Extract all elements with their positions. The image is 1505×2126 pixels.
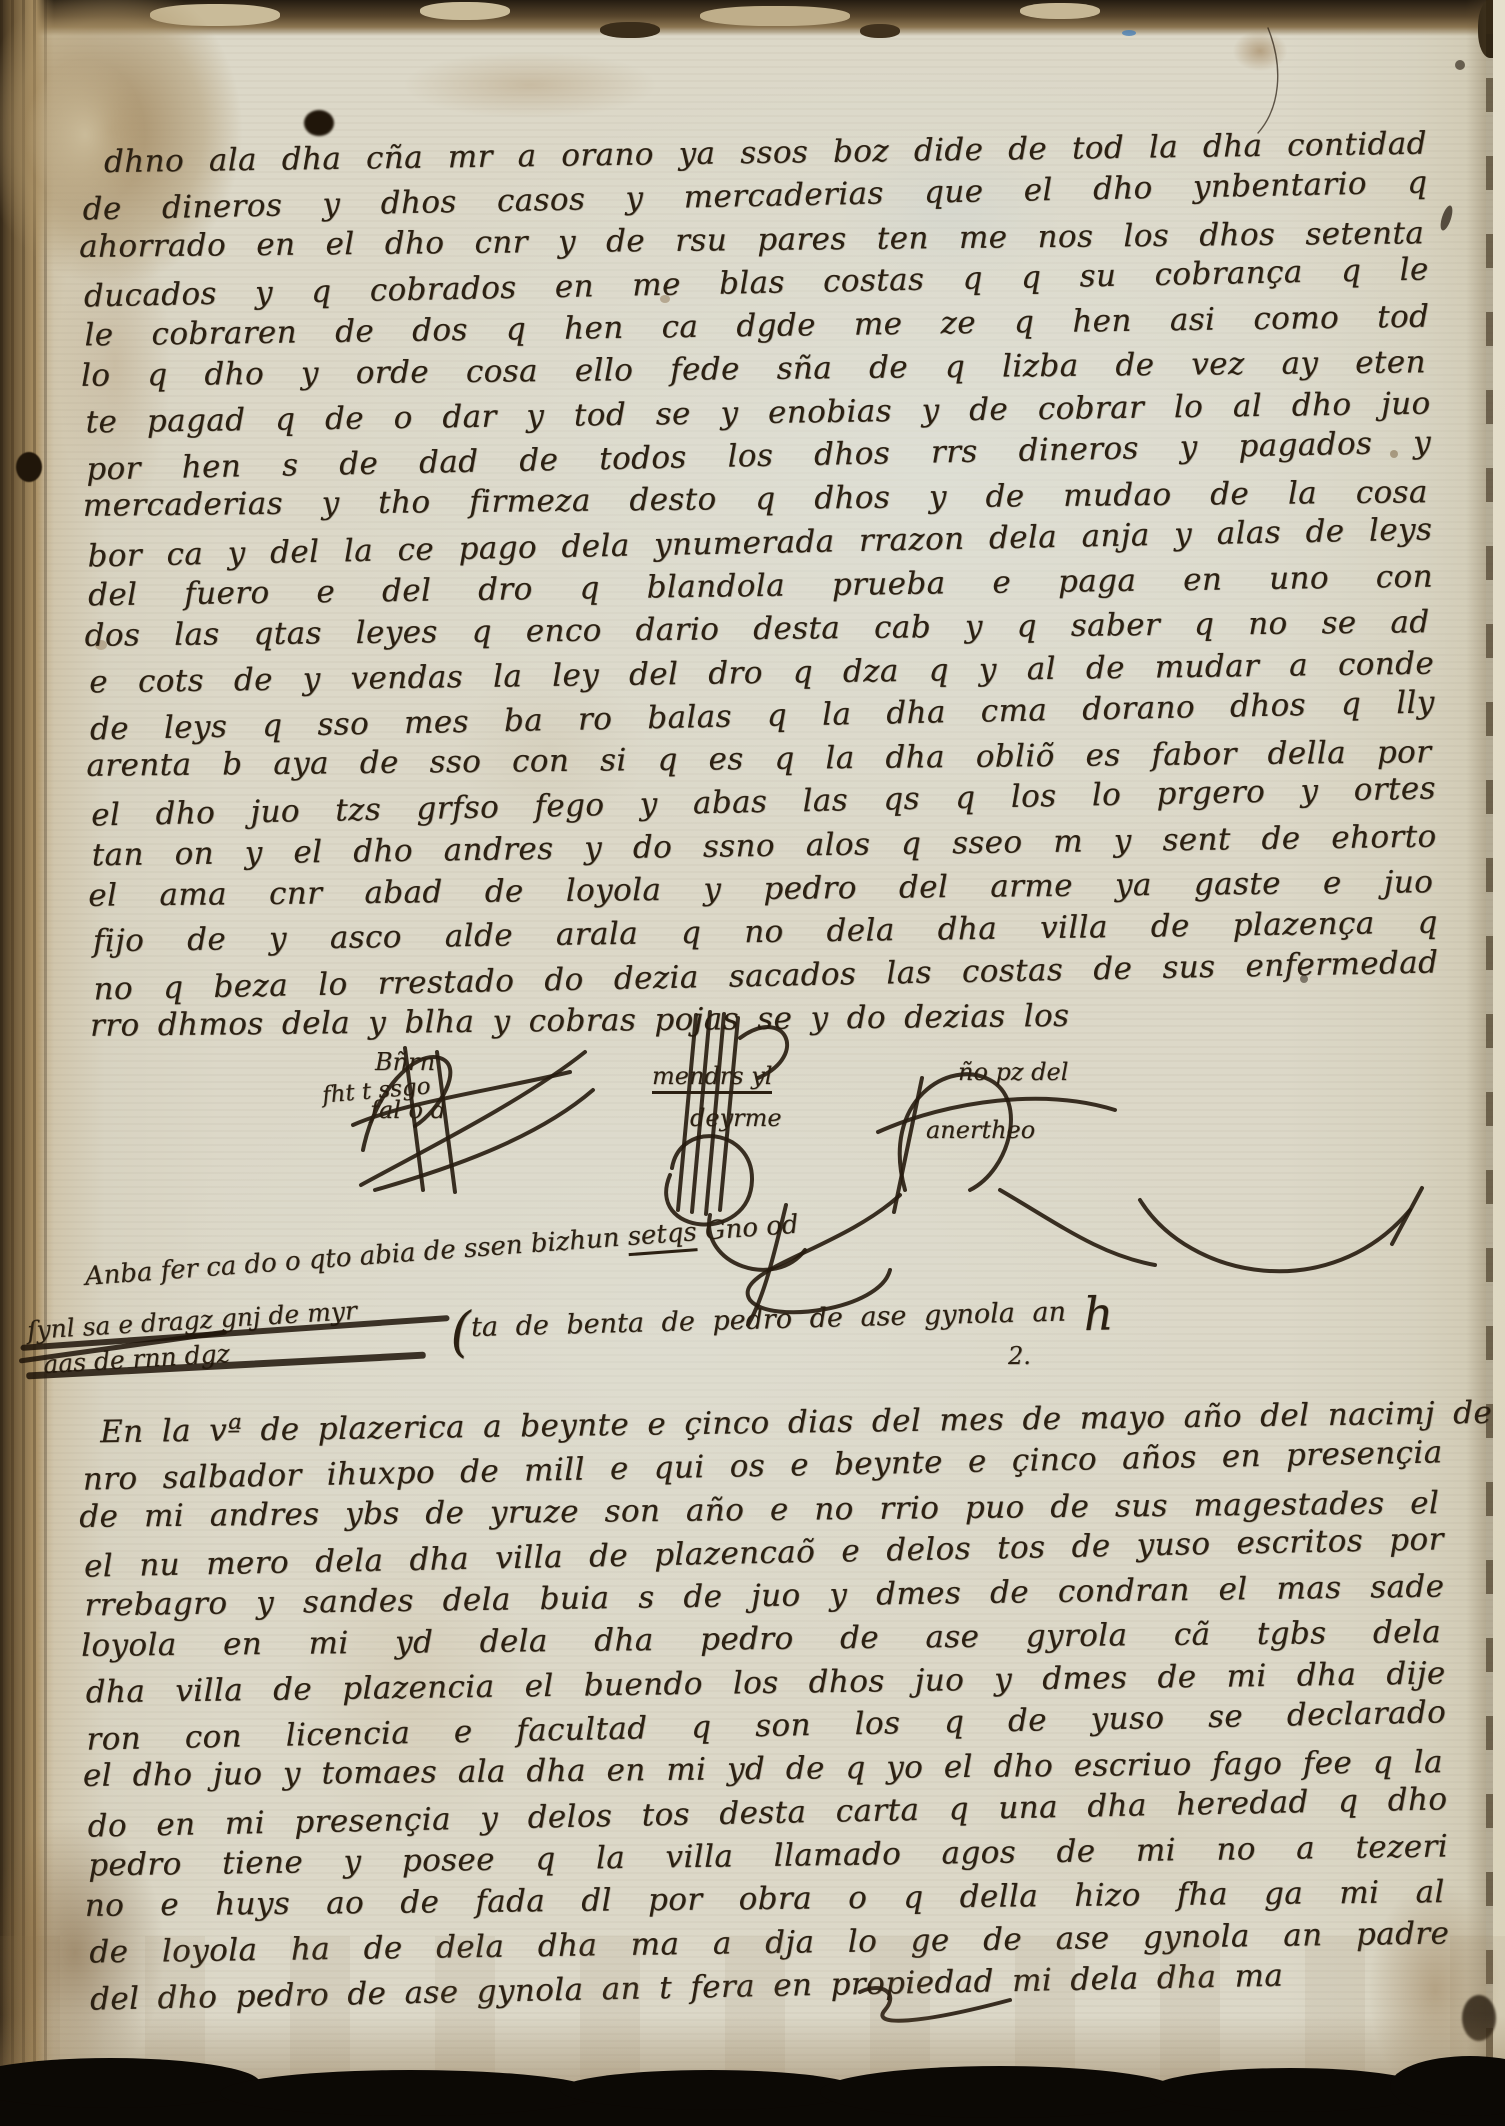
signature-name: ño pz del xyxy=(958,1058,1068,1086)
tear-fragment xyxy=(420,2,510,20)
ink-blot xyxy=(304,110,334,136)
heading-tail-flourish: h xyxy=(1083,1286,1114,1341)
hairline-stroke xyxy=(1240,28,1300,138)
blue-speck xyxy=(1122,30,1136,36)
bottom-edge-wave xyxy=(820,2066,1180,2118)
tear-notch xyxy=(600,22,660,38)
bottom-edge-wave xyxy=(1150,2068,1430,2112)
bottom-edge-wave xyxy=(560,2070,860,2110)
tear-fragment xyxy=(700,6,850,26)
signature-name: anertheo xyxy=(926,1116,1035,1144)
signature-rubric-1: Bñrn fal o d xyxy=(345,1030,615,1220)
paragraph-2: En la vª de plazerica a beynte e çinco d… xyxy=(82,1393,1450,2018)
ink-blot xyxy=(16,452,42,482)
manuscript-page: dhno ala dha cña mr a orano ya ssos boz … xyxy=(0,0,1505,2126)
bottom-edge-wave xyxy=(220,2070,600,2116)
heading-text: ta de benta de pedro de ase gynola an xyxy=(471,1297,1067,1344)
tear-notch xyxy=(860,24,900,38)
signature-name: Bñrn xyxy=(375,1048,435,1076)
underlying-page-edge xyxy=(1493,0,1505,2126)
heading-paren-flourish: ( xyxy=(449,1300,472,1364)
stain-top-center xyxy=(360,40,700,130)
right-crease xyxy=(1486,0,1493,2126)
right-crease-shadow xyxy=(1466,0,1486,2126)
speck xyxy=(1455,60,1465,70)
tear-fragment xyxy=(1020,3,1100,19)
signature-name: fal o d xyxy=(370,1096,446,1124)
diagonal-note-underlined: setqs xyxy=(627,1217,698,1256)
signature-swash xyxy=(1130,1180,1430,1320)
heading-mark: 2. xyxy=(1008,1342,1031,1370)
signature-name: mendrs yl xyxy=(652,1062,772,1094)
signature-name: deyrme xyxy=(690,1104,782,1132)
paragraph-1: dhno ala dha cña mr a orano ya ssos boz … xyxy=(82,123,1440,1051)
